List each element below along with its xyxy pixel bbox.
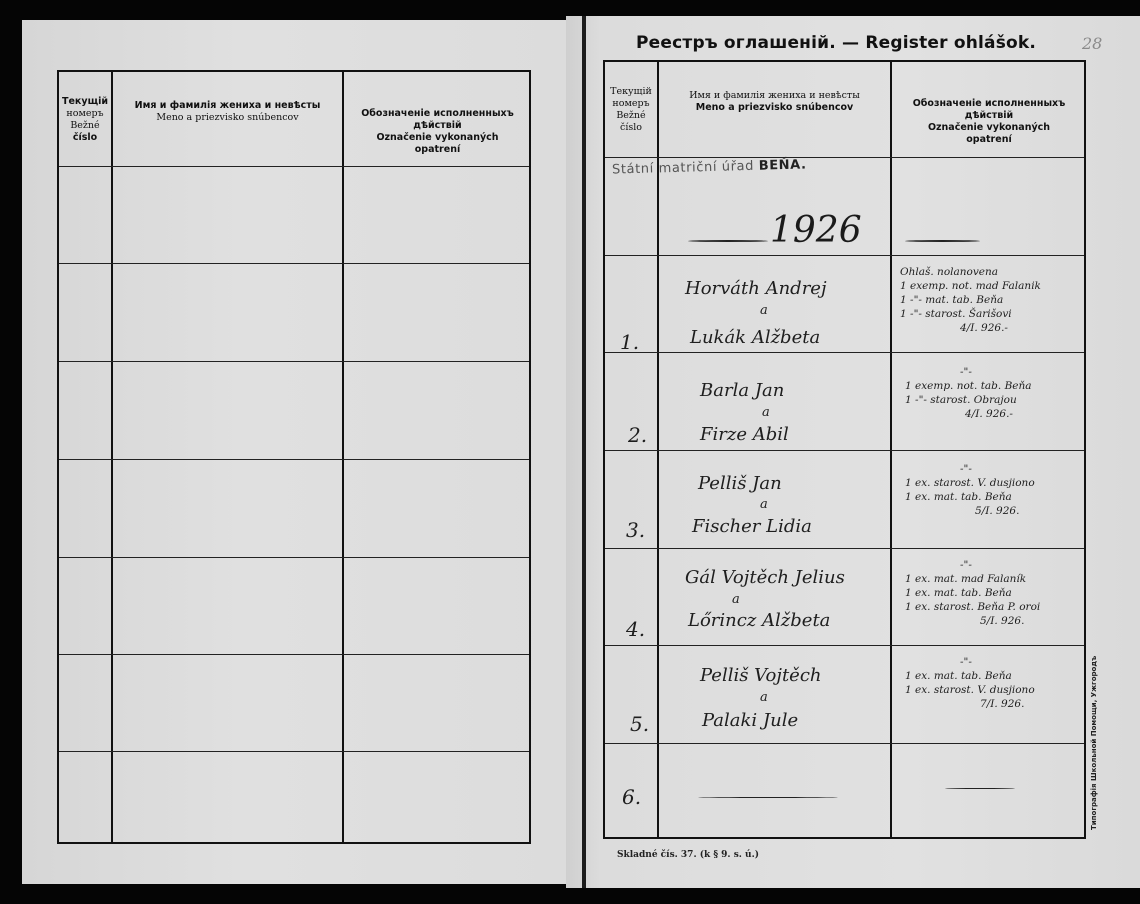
right-header-actions: Обозначеніе исполненныхъ дѣйствій Označe… xyxy=(892,62,1086,182)
entry-groom: Horváth Andrej xyxy=(685,278,827,299)
left-register-table: Текущій номеръ Bežné číslo Имя и фамилія… xyxy=(57,70,531,844)
entry-bride: Fischer Lidia xyxy=(692,516,812,537)
closing-stroke-names xyxy=(698,797,838,798)
entry-and: a xyxy=(760,690,768,705)
entry-bride: Lukák Alžbeta xyxy=(690,327,820,348)
register-title: Реестръ оглашеній. — Register ohlášok. xyxy=(636,33,1036,53)
book-spine xyxy=(582,16,586,888)
right-register-table: Текущій номеръ Bežné číslo Имя и фамилія… xyxy=(603,60,1086,839)
entry-and: a xyxy=(732,592,740,607)
entry-notes: Ohlaš. nolanovena 1 exemp. not. mad Fala… xyxy=(900,265,1041,335)
left-header-number: Текущій номеръ Bežné číslo xyxy=(59,72,111,167)
year-flourish-right xyxy=(905,240,980,242)
page-number: 28 xyxy=(1082,34,1102,53)
entry-and: a xyxy=(762,405,770,420)
entry-groom: Gál Vojtěch Jelius xyxy=(685,567,845,588)
entry-notes: -"- 1 ex. mat. mad Falaník 1 ex. mat. ta… xyxy=(905,558,1040,628)
entry-groom: Barla Jan xyxy=(700,380,784,401)
entry-groom: Pelliš Vojtěch xyxy=(700,665,822,686)
entry-notes: -"- 1 exemp. not. tab. Beňa 1 -"- staros… xyxy=(905,365,1032,421)
entry-number: 5. xyxy=(630,712,649,736)
entry-number: 3. xyxy=(626,518,645,542)
right-header-names: Имя и фамилія жениха и невѣсты Meno a pr… xyxy=(659,62,890,142)
entry-notes: -"- 1 ex. starost. V. dusjiono 1 ex. mat… xyxy=(905,462,1035,518)
form-footer: Skladné čís. 37. (k § 9. s. ú.) xyxy=(617,850,759,860)
entry-bride: Firze Abil xyxy=(700,424,789,445)
entry-number: 1. xyxy=(620,330,639,354)
entry-and: a xyxy=(760,497,768,512)
printer-imprint: Типографія Школьной Помощи, Ужгородъ xyxy=(1090,656,1098,830)
entry-and: a xyxy=(760,303,768,318)
entry-bride: Palaki Jule xyxy=(702,710,798,731)
register-year: 1926 xyxy=(770,210,862,251)
left-header-names: Имя и фамилія жениха и невѣсты Meno a pr… xyxy=(113,72,342,152)
entry-bride: Lőrincz Alžbeta xyxy=(688,610,830,631)
left-header-actions: Обозначеніе исполненныхъ дѣйствій Označe… xyxy=(344,72,531,192)
entry-number: 4. xyxy=(626,617,645,641)
right-header-number: Текущій номеръ Bežné číslo xyxy=(605,62,657,157)
closing-stroke-notes xyxy=(945,788,1015,789)
entry-number: 6. xyxy=(622,785,641,809)
entry-groom: Pelliš Jan xyxy=(698,473,782,494)
entry-number: 2. xyxy=(628,423,647,447)
year-flourish-left xyxy=(688,240,768,242)
entry-notes: -"- 1 ex. mat. tab. Beňa 1 ex. starost. … xyxy=(905,655,1035,711)
